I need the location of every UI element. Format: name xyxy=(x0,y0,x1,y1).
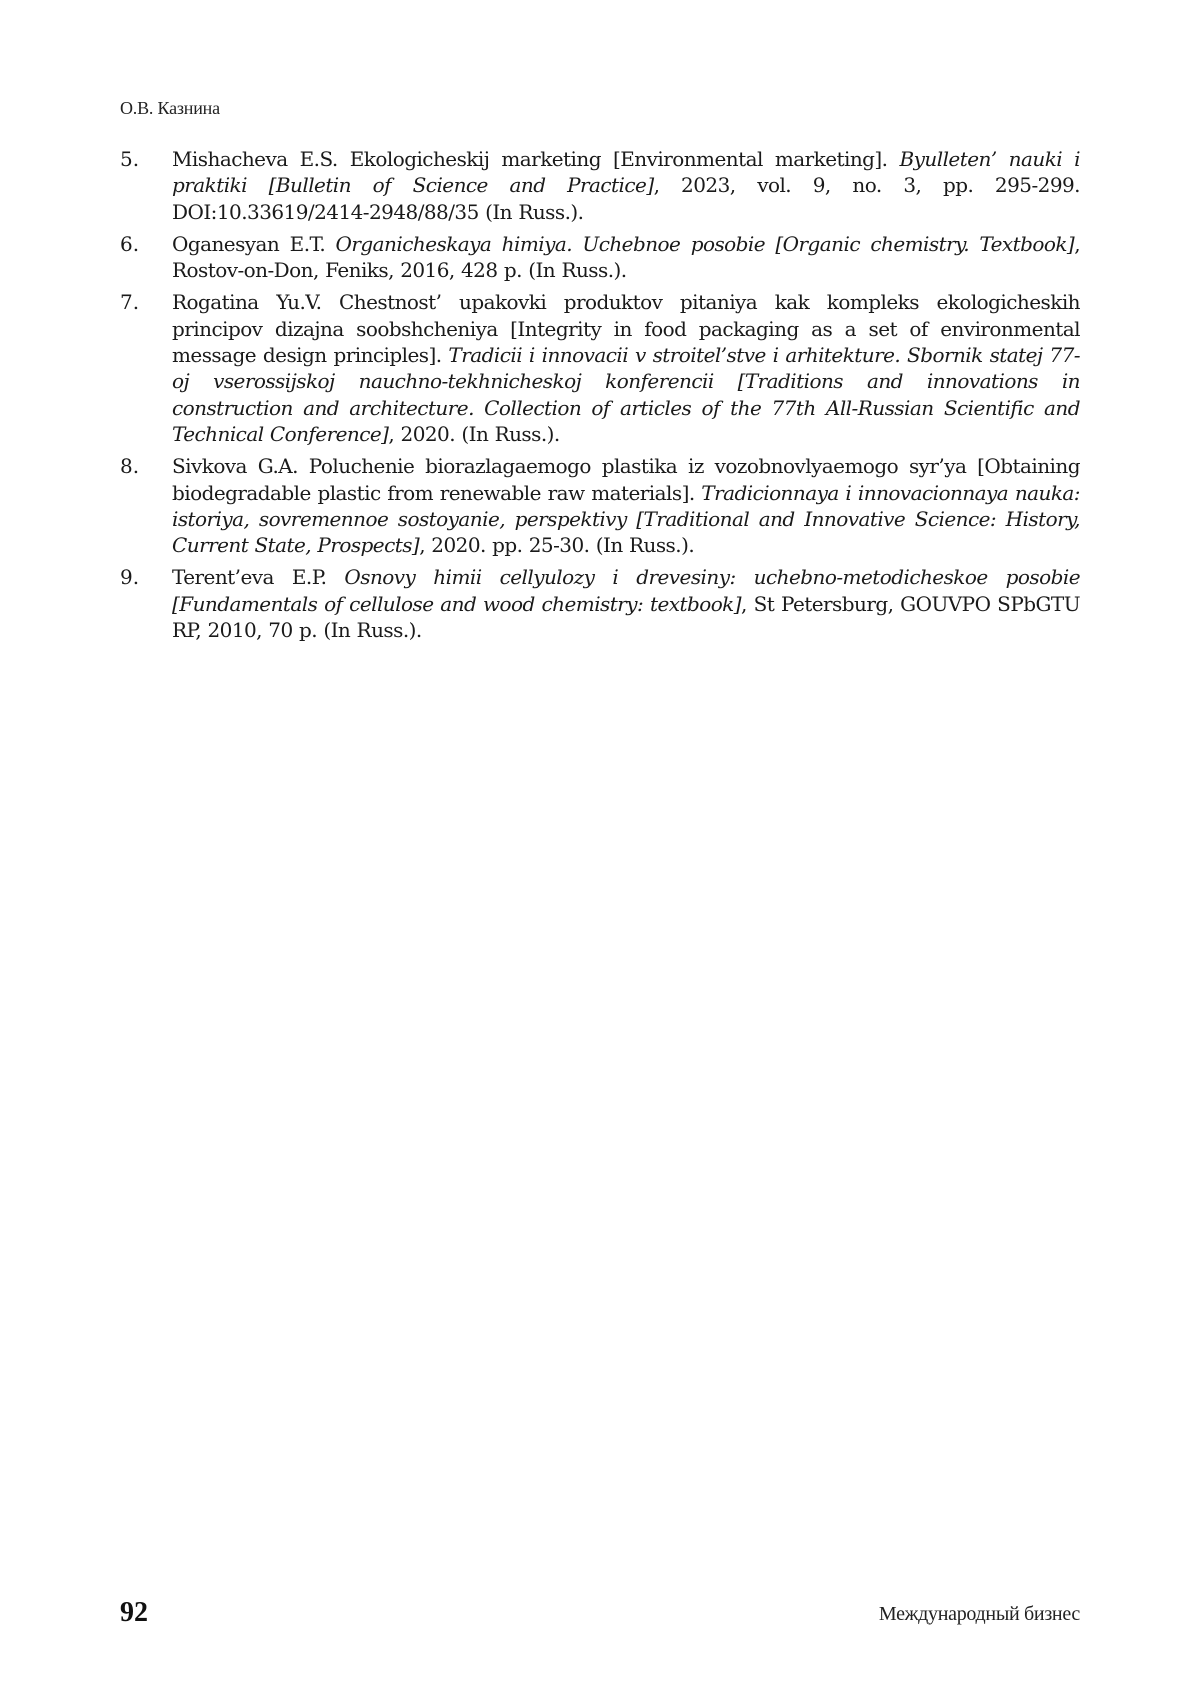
reference-text: Sivkova G.A. Poluchenie biorazlagaemogo … xyxy=(172,453,1080,558)
reference-text: Mishacheva E.S. Ekologicheskij marketing… xyxy=(172,146,1080,225)
running-head-author: О.В. Казнина xyxy=(120,98,220,119)
reference-item: 8. Sivkova G.A. Poluchenie biorazlagaemo… xyxy=(120,453,1080,558)
reference-item: 5. Mishacheva E.S. Ekologicheskij market… xyxy=(120,146,1080,225)
reference-segment: , 2020. (In Russ.). xyxy=(388,422,559,446)
reference-segment: Oganesyan E.T. xyxy=(172,232,336,256)
reference-item: 6. Oganesyan E.T. Organicheskaya himiya.… xyxy=(120,231,1080,284)
page-number: 92 xyxy=(120,1597,148,1629)
reference-list: 5. Mishacheva E.S. Ekologicheskij market… xyxy=(120,146,1080,649)
reference-number: 9. xyxy=(120,564,172,590)
reference-text: Rogatina Yu.V. Chestnost’ upakovki produ… xyxy=(172,289,1080,447)
reference-segment-italic: Organicheskaya himiya. Uchebnoe posobie … xyxy=(336,232,1075,256)
reference-text: Oganesyan E.T. Organicheskaya himiya. Uc… xyxy=(172,231,1080,284)
reference-number: 7. xyxy=(120,289,172,315)
journal-title: Международный бизнес xyxy=(879,1603,1080,1626)
reference-segment: , 2020. pp. 25-30. (In Russ.). xyxy=(419,533,694,557)
reference-number: 8. xyxy=(120,453,172,479)
reference-number: 5. xyxy=(120,146,172,172)
reference-item: 7. Rogatina Yu.V. Chestnost’ upakovki pr… xyxy=(120,289,1080,447)
reference-number: 6. xyxy=(120,231,172,257)
reference-item: 9. Terent’eva E.P. Osnovy himii cellyulo… xyxy=(120,564,1080,643)
reference-text: Terent’eva E.P. Osnovy himii cellyulozy … xyxy=(172,564,1080,643)
reference-segment: Mishacheva E.S. Ekologicheskij marketing… xyxy=(172,147,900,171)
reference-segment: Terent’eva E.P. xyxy=(172,565,344,589)
